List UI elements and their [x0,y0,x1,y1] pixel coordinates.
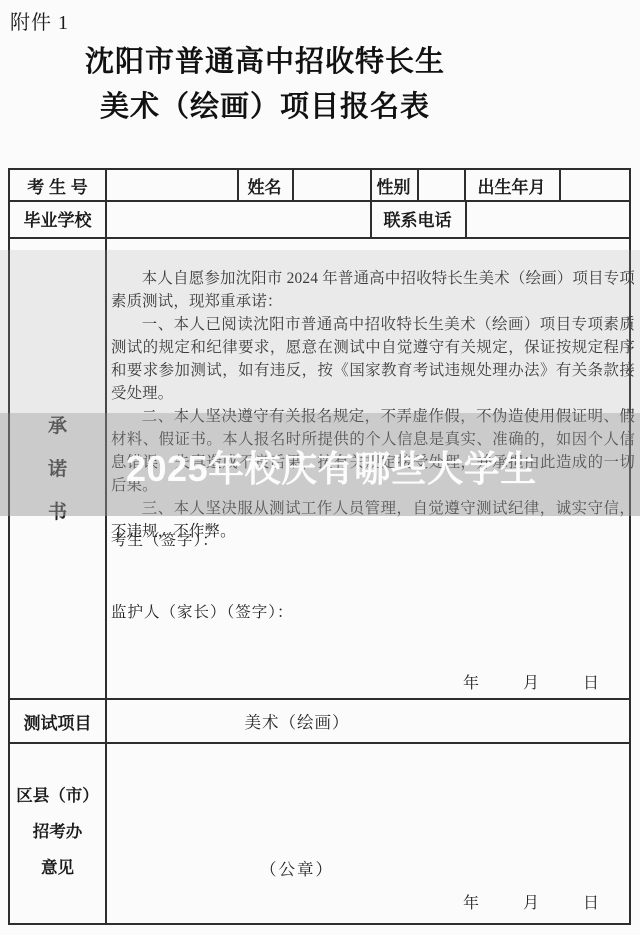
office-opinion-label: 区县（市） 招考办 意见 [10,742,105,921]
gender-field[interactable] [419,170,464,200]
pledge-date-month: 月 [523,670,539,693]
office-label-line-2: 招考办 [33,814,83,850]
school-label: 毕业学校 [10,200,105,237]
pledge-paragraph-1: 本人自愿参加沈阳市 2024 年普通高中招收特长生美术（绘画）项目专项素质测试，… [111,267,635,313]
page-title-line2: 美术（绘画）项目报名表 [0,85,530,130]
office-label-line-3: 意见 [41,850,74,886]
office-label-line-1: 区县（市） [16,778,99,814]
birth-field[interactable] [561,170,629,200]
phone-field[interactable] [467,202,629,235]
exam-no-field[interactable] [107,170,237,200]
office-date-month: 月 [523,890,539,913]
registration-form-table: 考 生 号 姓名 性别 出生年月 毕业学校 联系电话 承 诺 书 本人自愿参加沈… [8,168,631,925]
birth-label: 出生年月 [464,170,559,200]
phone-label: 联系电话 [370,200,465,237]
student-signature-field[interactable] [240,522,540,552]
pledge-section-label: 承 诺 书 [10,237,105,698]
office-opinion-field[interactable] [107,744,629,844]
office-seal-label: （公章） [107,855,487,881]
guardian-signature-field[interactable] [330,594,580,624]
attachment-label: 附件 1 [10,6,69,35]
pledge-date-row: 年 月 日 [113,670,599,693]
pledge-date-day: 日 [583,670,599,693]
gender-label: 性别 [370,170,417,200]
pledge-paragraph-2: 一、本人已阅读沈阳市普通高中招收特长生美术（绘画）项目专项素质测试的规定和纪律要… [111,313,635,405]
page-title-line1: 沈阳市普通高中招收特长生 [0,40,530,85]
exam-no-label: 考 生 号 [10,170,105,200]
page-title: 沈阳市普通高中招收特长生 美术（绘画）项目报名表 [0,40,530,130]
office-date-row: 年 月 日 [113,890,599,913]
pledge-label-char-2: 诺 [48,454,67,481]
test-item-label: 测试项目 [10,700,105,742]
pledge-label-char-1: 承 [48,411,67,438]
pledge-body-text: 本人自愿参加沈阳市 2024 年普通高中招收特长生美术（绘画）项目专项素质测试，… [111,267,635,543]
office-date-year: 年 [463,890,479,913]
school-field[interactable] [107,202,368,235]
pledge-paragraph-3: 二、本人坚决遵守有关报名规定，不弄虚作假，不伪造使用假证明、假材料、假证书。本人… [111,405,635,497]
pledge-date-year: 年 [463,670,479,693]
pledge-label-char-3: 书 [48,497,67,524]
name-label: 姓名 [237,170,292,200]
test-item-value: 美术（绘画） [107,700,487,742]
name-field[interactable] [294,170,370,200]
guardian-signature-label: 监护人（家长）（签字）： [111,600,294,622]
student-signature-label: 考生（签字）： [111,528,219,550]
office-date-day: 日 [583,890,599,913]
